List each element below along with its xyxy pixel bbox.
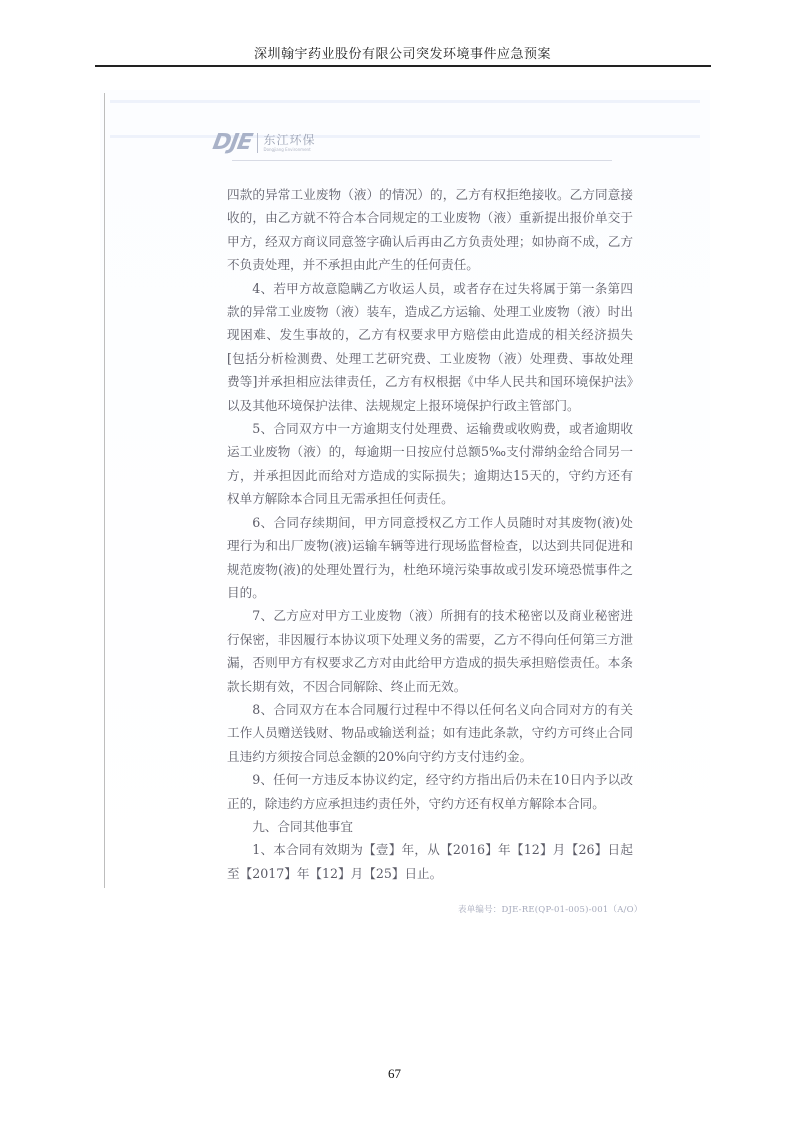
paragraph-validity-term: 1、本合同有效期为【壹】年，从【2016】年【12】月【26】日起至【2017】… bbox=[227, 838, 633, 885]
paragraph-clause-7: 7、乙方应对甲方工业废物（液）所拥有的技术秘密以及商业秘密进行保密，非因履行本协… bbox=[227, 604, 633, 698]
logo-separator bbox=[257, 133, 258, 153]
scan-edge-line bbox=[104, 93, 105, 888]
paragraph-clause-6: 6、合同存续期间，甲方同意授权乙方工作人员随时对其废物(液)处理行为和出厂废物(… bbox=[227, 511, 633, 605]
contract-body: 四款的异常工业废物（液）的情况）的，乙方有权拒绝接收。乙方同意接收的，由乙方就不… bbox=[227, 183, 633, 885]
logo-mark-icon: DJE bbox=[211, 130, 254, 155]
logo-company-en: Dongjiang Environment bbox=[263, 148, 315, 152]
header-divider bbox=[95, 65, 711, 67]
paragraph-clause-4: 4、若甲方故意隐瞒乙方收运人员，或者存在过失将属于第一条第四款的异常工业废物（液… bbox=[227, 277, 633, 417]
logo-company-cn: 东江环保 bbox=[263, 134, 315, 146]
section-heading-9: 九、合同其他事宜 bbox=[227, 815, 633, 838]
paragraph-clause-5: 5、合同双方中一方逾期支付处理费、运输费或收购费，或者逾期收运工业废物（液）的，… bbox=[227, 417, 633, 511]
page-number: 67 bbox=[388, 1066, 401, 1082]
form-code: 表单编号：DJE-RE(QP-01-005)-001（A/O） bbox=[458, 903, 642, 915]
logo-underline bbox=[232, 160, 612, 161]
paragraph-clause-8: 8、合同双方在本合同履行过程中不得以任何名义向合同对方的有关工作人员赠送钱财、物… bbox=[227, 698, 633, 768]
logo-text-block: 东江环保 Dongjiang Environment bbox=[263, 134, 315, 152]
company-logo: DJE 东江环保 Dongjiang Environment bbox=[213, 130, 316, 155]
scan-artifact-line bbox=[110, 100, 700, 103]
paragraph-continuation: 四款的异常工业废物（液）的情况）的，乙方有权拒绝接收。乙方同意接收的，由乙方就不… bbox=[227, 183, 633, 277]
paragraph-clause-9: 9、任何一方违反本协议约定，经守约方指出后仍未在10日内予以改正的，除违约方应承… bbox=[227, 768, 633, 815]
scan-artifact-line bbox=[110, 135, 700, 138]
document-header-title: 深圳翰宇药业股份有限公司突发环境事件应急预案 bbox=[95, 47, 710, 63]
